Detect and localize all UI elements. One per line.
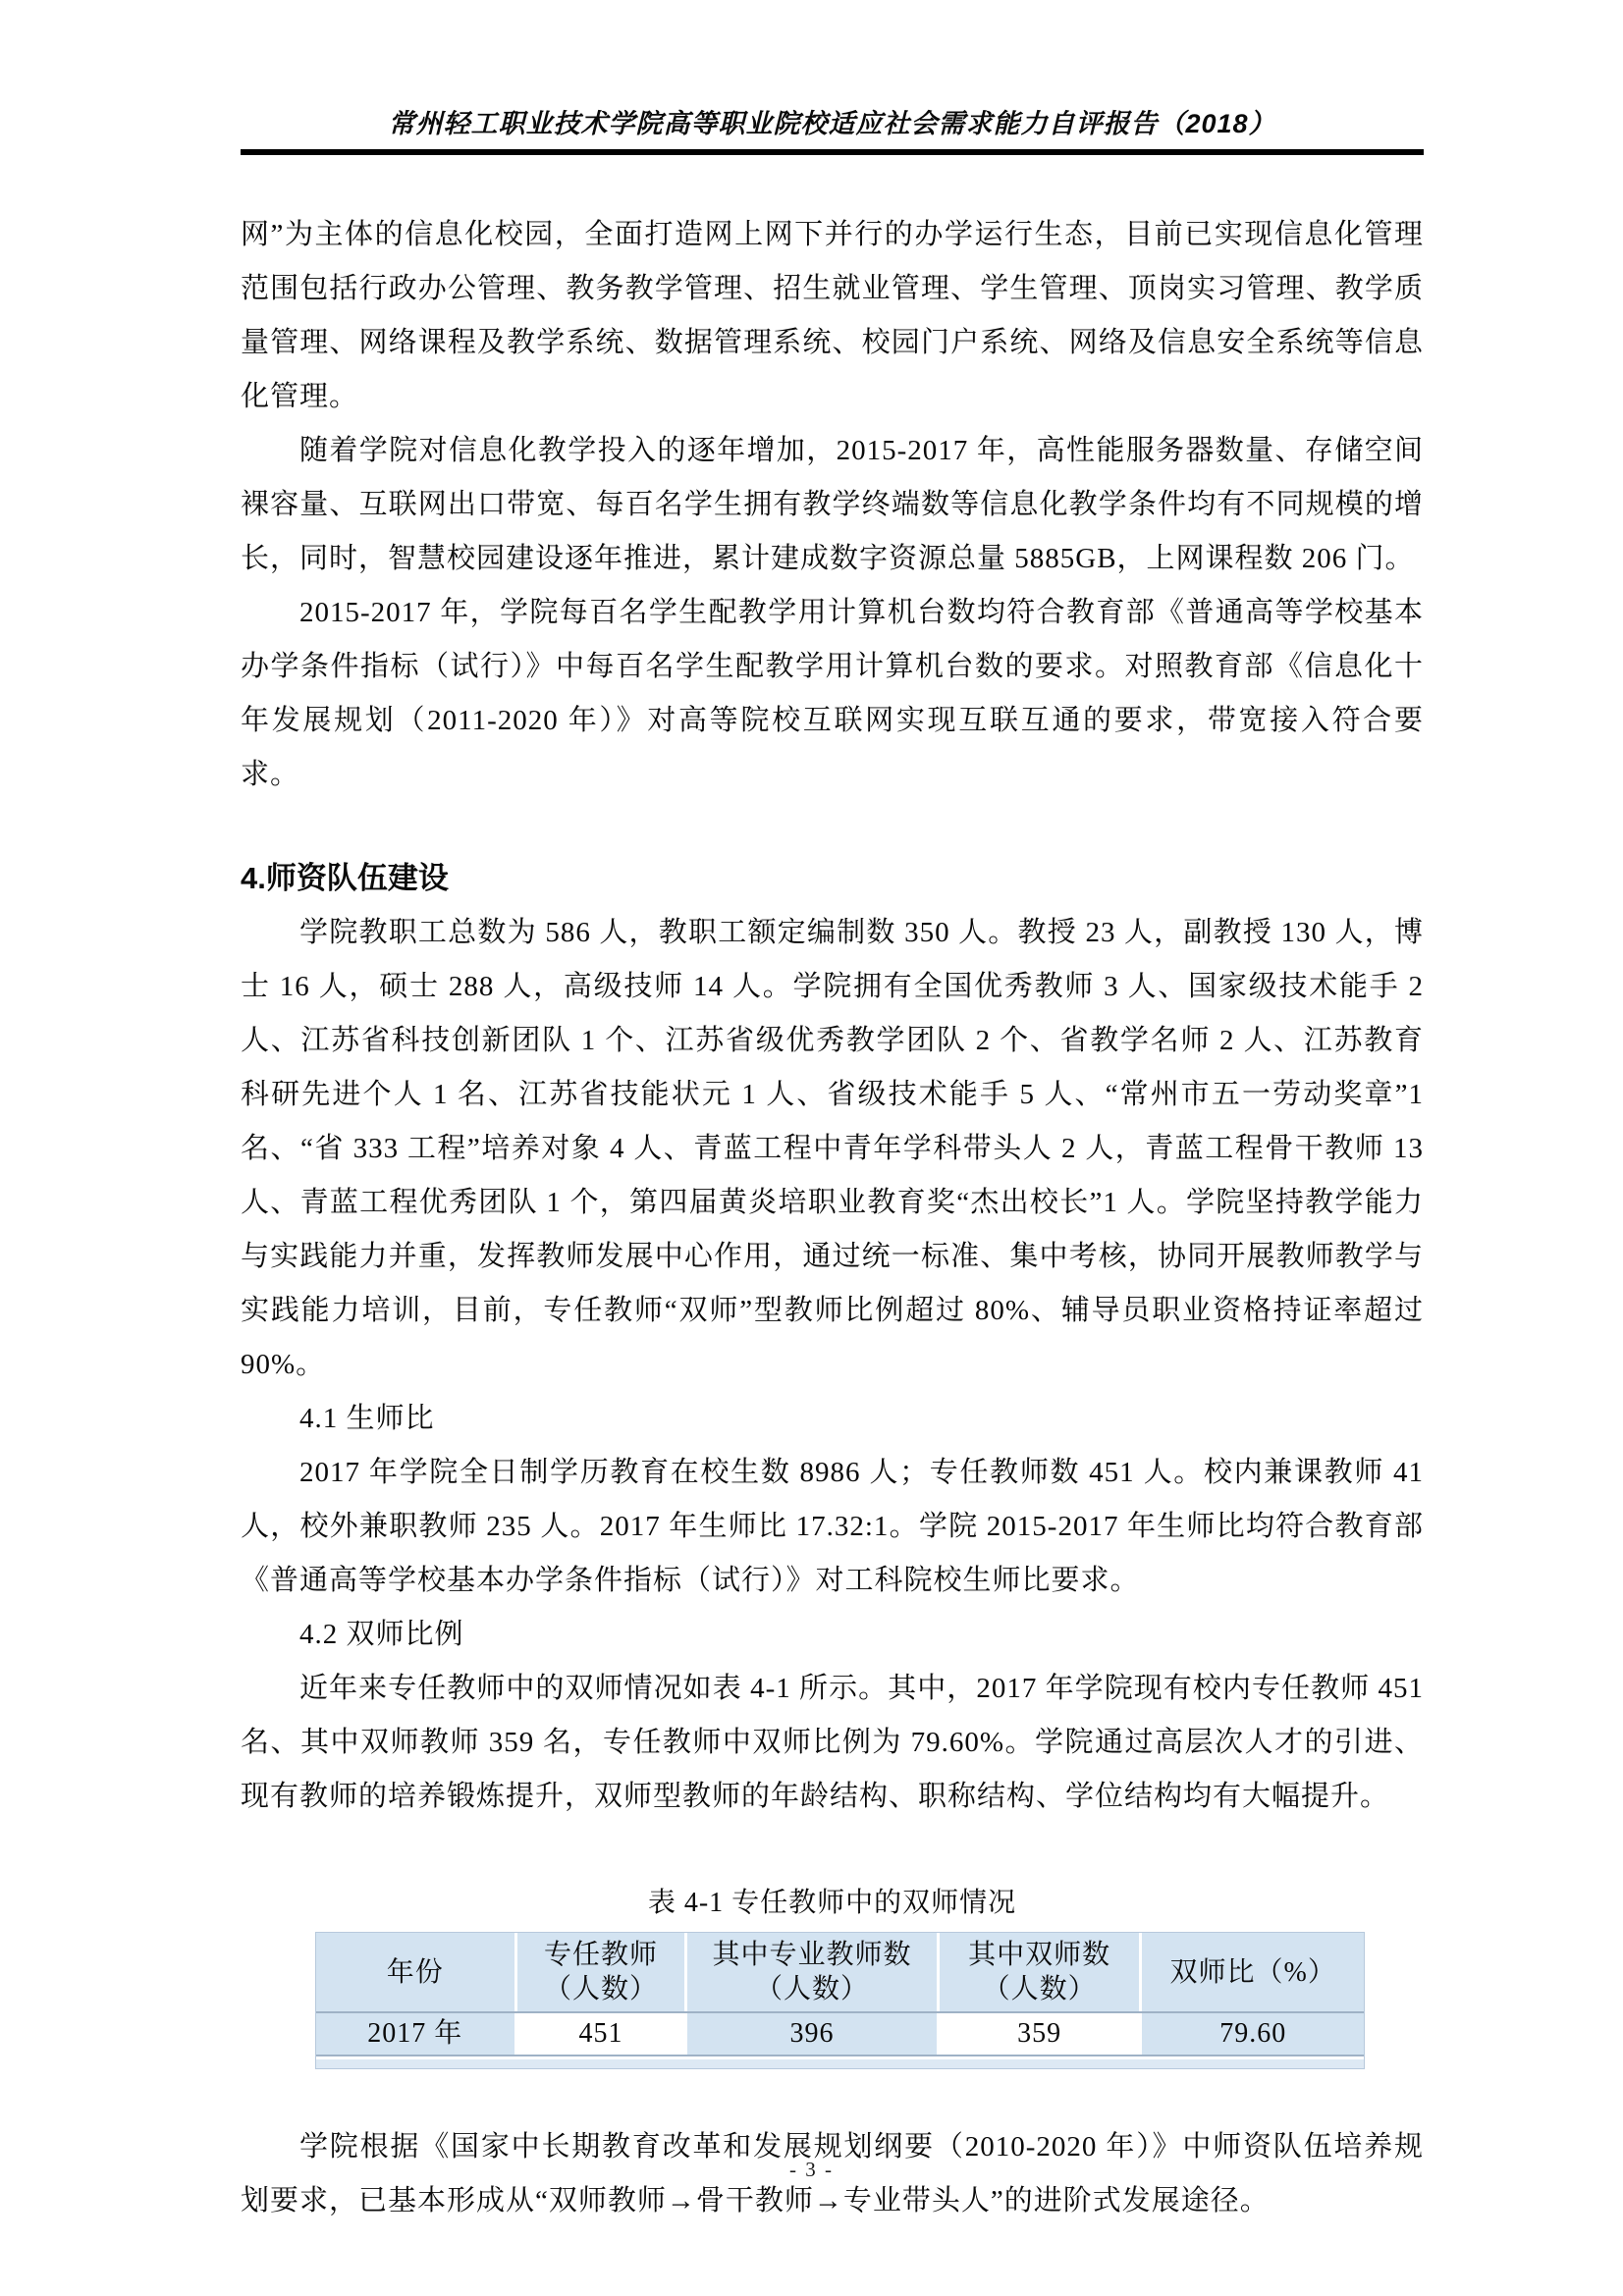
table-bottom-divider [316, 2055, 1364, 2056]
table-cell-fulltime-teachers: 451 [517, 2013, 685, 2055]
table-header-year: 年份 [316, 1933, 514, 2011]
table-cell-professional-teachers: 396 [687, 2013, 937, 2055]
document-body: 网”为主体的信息化校园，全面打造网上网下并行的办学运行生态，目前已实现信息化管理… [241, 208, 1424, 2228]
paragraph-dual-teacher-ratio: 近年来专任教师中的双师情况如表 4-1 所示。其中，2017 年学院现有校内专任… [241, 1662, 1424, 1824]
table-caption: 表 4-1 专任教师中的双师情况 [241, 1883, 1424, 1924]
table-row-2017: 2017 年 451 396 359 79.60 [316, 2013, 1364, 2055]
page-footer: - 3 - [0, 2158, 1623, 2182]
table-header-dual-teachers: 其中双师数 （人数） [940, 1933, 1140, 2011]
paragraph-faculty-overview: 学院教职工总数为 586 人，教职工额定编制数 350 人。教授 23 人，副教… [241, 906, 1424, 1392]
section-heading-faculty: 4.师资队伍建设 [241, 851, 1424, 906]
table-cell-dual-ratio: 79.60 [1142, 2013, 1364, 2055]
paragraph-computer-standards: 2015-2017 年，学院每百名学生配教学用计算机台数均符合教育部《普通高等学… [241, 586, 1424, 802]
table-header-professional-teachers: 其中专业教师数 （人数） [687, 1933, 937, 2011]
table-cell-year: 2017 年 [316, 2013, 514, 2055]
table-cell-dual-teachers: 359 [940, 2013, 1140, 2055]
paragraph-student-teacher-ratio: 2017 年学院全日制学历教育在校生数 8986 人；专任教师数 451 人。校… [241, 1446, 1424, 1608]
table-header-row: 年份 专任教师 （人数） 其中专业教师数 （人数） 其中双师数 （人数） 双师比… [316, 1933, 1364, 2011]
dual-teacher-table: 年份 专任教师 （人数） 其中专业教师数 （人数） 其中双师数 （人数） 双师比… [315, 1932, 1365, 2069]
table-header-dual-ratio: 双师比（%） [1142, 1933, 1364, 2011]
subsection-heading-4-2: 4.2 双师比例 [241, 1608, 1424, 1662]
table-bottom-strip [316, 2059, 1364, 2068]
table-header-fulltime-teachers: 专任教师 （人数） [517, 1933, 685, 2011]
paragraph-informatization-investment: 随着学院对信息化教学投入的逐年增加，2015-2017 年，高性能服务器数量、存… [241, 424, 1424, 586]
report-title: 常州轻工职业技术学院高等职业院校适应社会需求能力自评报告（2018） [241, 102, 1424, 140]
page-number: - 3 - [789, 2158, 834, 2181]
subsection-heading-4-1: 4.1 生师比 [241, 1392, 1424, 1446]
page-header: 常州轻工职业技术学院高等职业院校适应社会需求能力自评报告（2018） [241, 102, 1424, 155]
document-page: 常州轻工职业技术学院高等职业院校适应社会需求能力自评报告（2018） 网”为主体… [0, 0, 1623, 2296]
paragraph-informatization-scope: 网”为主体的信息化校园，全面打造网上网下并行的办学运行生态，目前已实现信息化管理… [241, 208, 1424, 424]
